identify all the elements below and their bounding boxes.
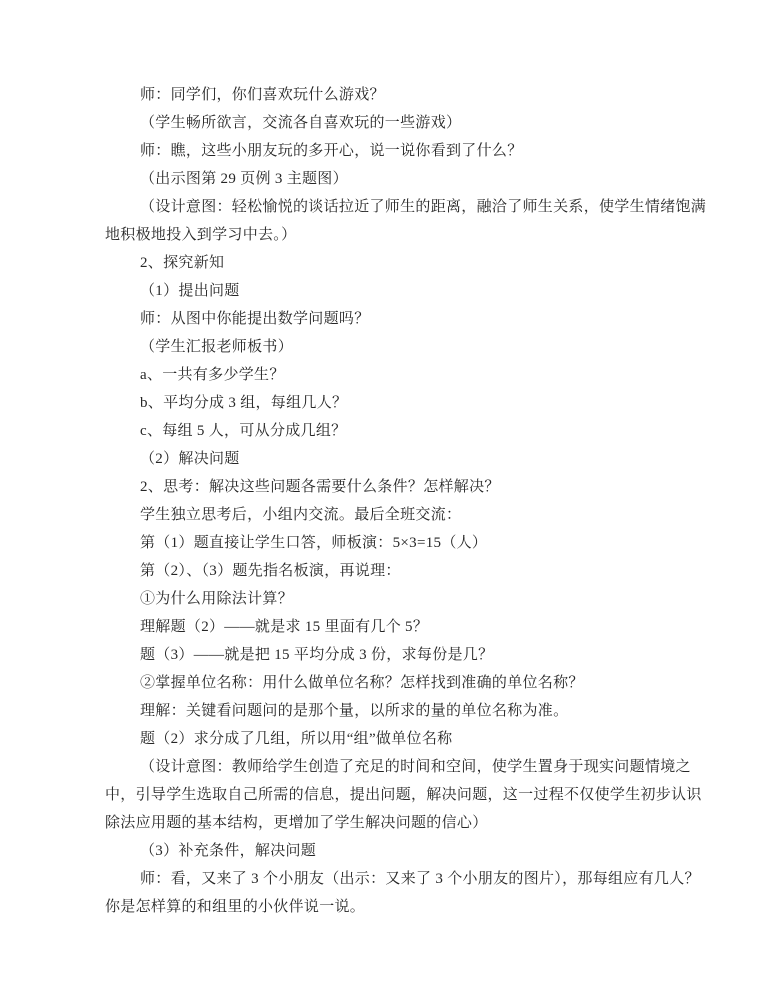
document-page: 师：同学们，你们喜欢玩什么游戏？ （学生畅所欲言，交流各自喜欢玩的一些游戏） 师… bbox=[0, 0, 770, 1000]
doc-line: ②掌握单位名称：用什么做单位名称？怎样找到准确的单位名称？ bbox=[105, 669, 677, 697]
doc-line: 题（3）——就是把 15 平均分成 3 份，求每份是几？ bbox=[105, 641, 677, 669]
doc-line: 师：从图中你能提出数学问题吗？ bbox=[105, 305, 677, 333]
doc-line: 地积极地投入到学习中去。） bbox=[105, 221, 677, 249]
doc-line: 除法应用题的基本结构，更增加了学生解决问题的信心） bbox=[105, 809, 677, 837]
doc-line: （1）提出问题 bbox=[105, 277, 677, 305]
doc-line: （设计意图：轻松愉悦的谈话拉近了师生的距离，融洽了师生关系，使学生情绪饱满 bbox=[105, 193, 677, 221]
doc-line: 你是怎样算的和组里的小伙伴说一说。 bbox=[105, 893, 677, 921]
doc-line: 题（2）求分成了几组，所以用“组”做单位名称 bbox=[105, 725, 677, 753]
document-text-block: 师：同学们，你们喜欢玩什么游戏？ （学生畅所欲言，交流各自喜欢玩的一些游戏） 师… bbox=[105, 81, 677, 921]
doc-line: ①为什么用除法计算？ bbox=[105, 585, 677, 613]
doc-line: （2）解决问题 bbox=[105, 445, 677, 473]
doc-line: b、平均分成 3 组，每组几人？ bbox=[105, 389, 677, 417]
doc-line: 师：同学们，你们喜欢玩什么游戏？ bbox=[105, 81, 677, 109]
doc-line: 第（1）题直接让学生口答，师板演：5×3=15（人） bbox=[105, 529, 677, 557]
doc-line: （学生畅所欲言，交流各自喜欢玩的一些游戏） bbox=[105, 109, 677, 137]
doc-line: 2、探究新知 bbox=[105, 249, 677, 277]
doc-line: 师：瞧，这些小朋友玩的多开心，说一说你看到了什么？ bbox=[105, 137, 677, 165]
doc-line: （设计意图：教师给学生创造了充足的时间和空间，使学生置身于现实问题情境之 bbox=[105, 753, 677, 781]
doc-line: 学生独立思考后，小组内交流。最后全班交流： bbox=[105, 501, 677, 529]
doc-line: 理解：关键看问题问的是那个量，以所求的量的单位名称为准。 bbox=[105, 697, 677, 725]
doc-line: 2、思考：解决这些问题各需要什么条件？怎样解决？ bbox=[105, 473, 677, 501]
doc-line: 第（2）、（3）题先指名板演，再说理： bbox=[105, 557, 677, 585]
doc-line: c、每组 5 人，可从分成几组？ bbox=[105, 417, 677, 445]
doc-line: （学生汇报老师板书） bbox=[105, 333, 677, 361]
doc-line: （3）补充条件，解决问题 bbox=[105, 837, 677, 865]
doc-line: （出示图第 29 页例 3 主题图） bbox=[105, 165, 677, 193]
doc-line: 中，引导学生选取自己所需的信息，提出问题，解决问题，这一过程不仅使学生初步认识 bbox=[105, 781, 677, 809]
doc-line: 师：看，又来了 3 个小朋友（出示：又来了 3 个小朋友的图片），那每组应有几人… bbox=[105, 865, 677, 893]
doc-line: 理解题（2）——就是求 15 里面有几个 5？ bbox=[105, 613, 677, 641]
doc-line: a、一共有多少学生？ bbox=[105, 361, 677, 389]
